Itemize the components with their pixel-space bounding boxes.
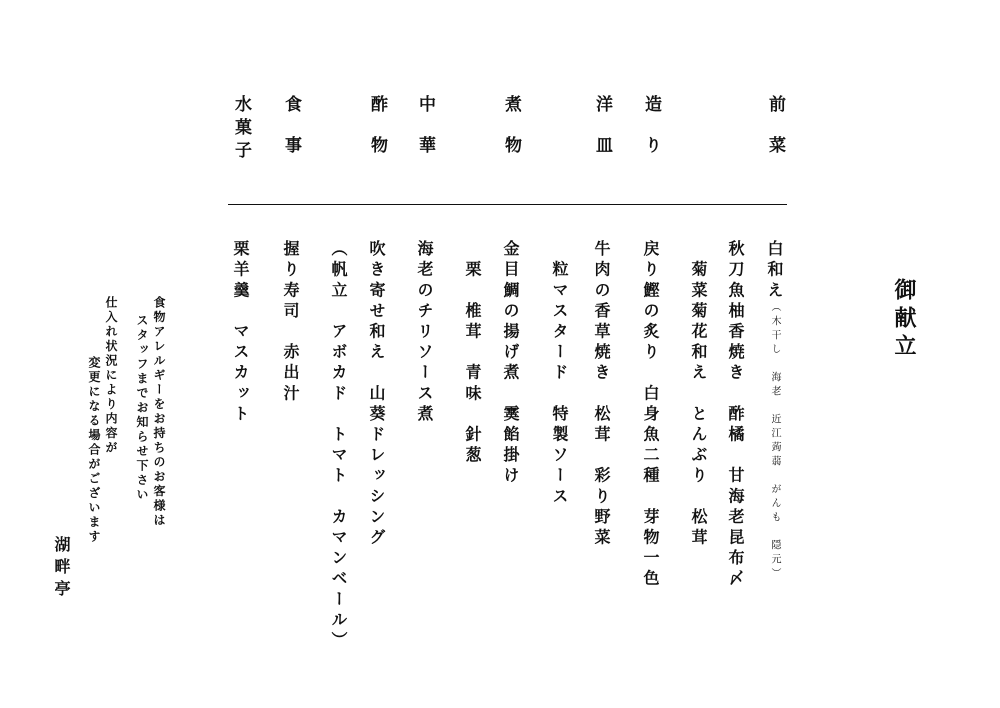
dish-ingredients: （木干し 海老 近江蒟蒻 がんも 隠元）: [769, 302, 780, 582]
course-header-char: 食: [281, 95, 301, 112]
course-header-char: 中: [415, 95, 435, 112]
course-header-tsukuri: 造り: [642, 95, 659, 153]
course-header-char: 酢: [367, 95, 387, 112]
dish-nimono-1: 金目鯛の揚げ煮 霙餡掛け: [502, 240, 518, 487]
course-header-shokuji: 食事: [282, 95, 299, 153]
course-header-char: り: [641, 136, 661, 153]
dish-yozara-2: 粒マスタード 特製ソース: [551, 240, 567, 508]
note-stock-line1: 仕入れ状況により内容が: [105, 296, 117, 456]
menu-title: 御献立: [893, 278, 915, 362]
note-allergy-line2: スタッフまでお知らせ下さい: [136, 314, 148, 503]
course-header-chuka: 中華: [416, 95, 433, 153]
dish-yozara-1: 牛肉の香草焼き 松茸 彩り野菜: [593, 240, 609, 549]
dish-nimono-2: 栗 椎茸 青味 針葱: [464, 240, 480, 467]
course-header-char: 物: [367, 136, 387, 153]
dish-zensai-2: 秋刀魚柚香焼き 酢橘 甘海老昆布〆: [727, 240, 743, 590]
course-header-char: 造: [641, 95, 661, 112]
course-header-zensai: 前菜: [766, 95, 783, 153]
dish-zensai-3: 菊菜菊花和え とんぶり 松茸: [690, 240, 706, 549]
course-header-sunomono: 酢物: [368, 95, 385, 153]
course-header-char: 物: [501, 136, 521, 153]
divider-line: [228, 204, 787, 205]
dish-sunomono-2: （帆立 アボカド トマト カマンベール）: [330, 240, 346, 652]
dish-text: 白和え: [765, 240, 784, 302]
course-header-yozara: 洋皿: [593, 95, 610, 153]
course-header-char: 子: [231, 141, 251, 164]
course-header-char: 前: [765, 95, 785, 112]
dish-tsukuri-1: 戻り鰹の炙り 白身魚二種 芽物一色: [642, 240, 658, 590]
course-header-char: 洋: [592, 95, 612, 112]
course-header-nimono: 煮物: [502, 95, 519, 153]
course-header-char: 皿: [592, 136, 612, 153]
course-header-char: 事: [281, 136, 301, 153]
course-header-char: 水: [231, 95, 251, 118]
course-header-mizugashi: 水菓子: [232, 95, 249, 164]
restaurant-name: 湖畔亭: [53, 536, 69, 602]
course-header-char: 華: [415, 136, 435, 153]
dish-zensai-1: 白和え（木干し 海老 近江蒟蒻 がんも 隠元）: [766, 240, 782, 582]
note-stock-line2: 変更になる場合がございます: [88, 356, 100, 545]
dish-mizugashi-1: 栗羊羹 マスカット: [232, 240, 248, 425]
note-allergy-line1: 食物アレルギーをお持ちのお客様は: [153, 296, 165, 528]
course-header-char: 菓: [231, 118, 251, 141]
course-header-char: 煮: [501, 95, 521, 112]
dish-shokuji-1: 握り寿司 赤出汁: [282, 240, 298, 405]
dish-sunomono-1: 吹き寄せ和え 山葵ドレッシング: [368, 240, 384, 549]
course-header-char: 菜: [765, 136, 785, 153]
dish-chuka-1: 海老のチリソース煮: [416, 240, 432, 425]
